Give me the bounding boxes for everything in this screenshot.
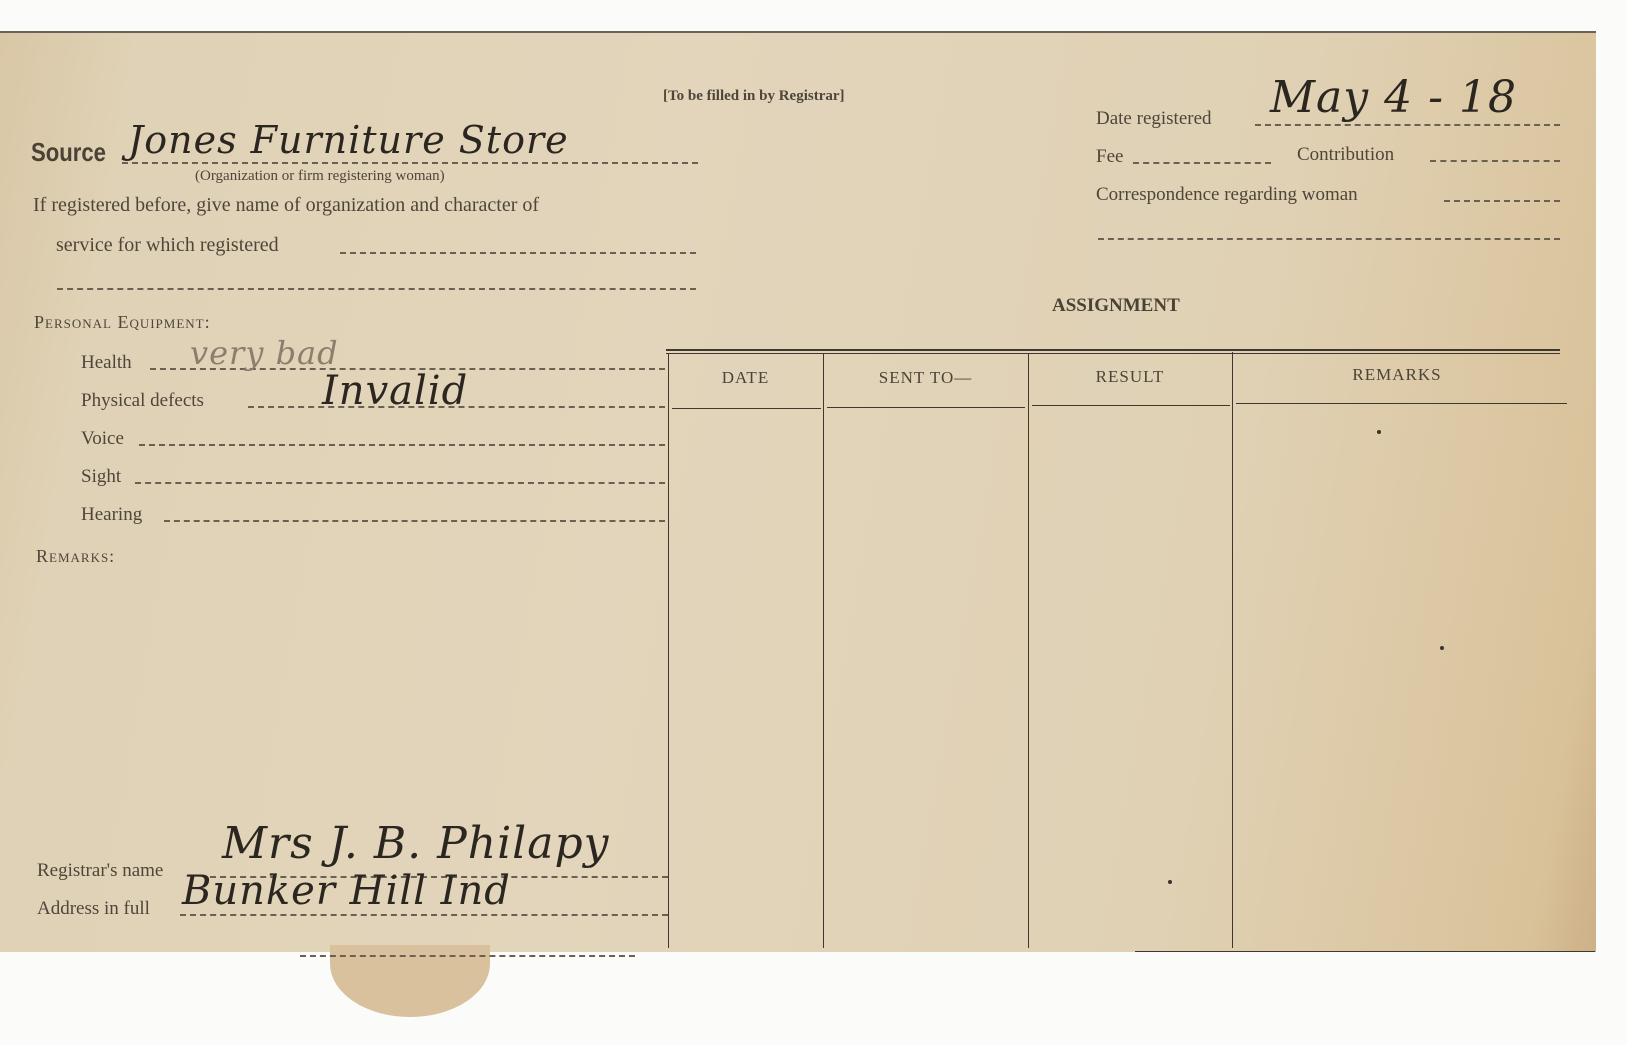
- prior-registration-line1: If registered before, give name of organ…: [33, 194, 539, 217]
- ink-speck: [1377, 430, 1381, 434]
- header-underline-remarks: [1236, 403, 1567, 404]
- table-top-rule-2: [666, 353, 1560, 354]
- ink-speck: [1168, 880, 1172, 884]
- voice-label: Voice: [81, 428, 124, 450]
- correspondence-label: Correspondence regarding woman: [1096, 184, 1358, 206]
- col-header-sent-to: SENT TO—: [823, 368, 1028, 388]
- hearing-line[interactable]: [164, 520, 665, 522]
- address-label: Address in full: [37, 898, 150, 920]
- correspondence-line[interactable]: [1444, 200, 1560, 202]
- ink-speck: [1440, 646, 1444, 650]
- registrar-name-label: Registrar's name: [37, 860, 163, 882]
- source-value[interactable]: Jones Furniture Store: [128, 118, 569, 162]
- fee-label: Fee: [1096, 146, 1123, 168]
- header-underline-result: [1032, 405, 1230, 406]
- source-caption: (Organization or firm registering woman): [195, 168, 445, 185]
- address-line: [180, 914, 668, 916]
- source-line: [122, 162, 698, 164]
- table-col-divider-0: [668, 354, 669, 948]
- table-col-divider-1: [823, 354, 824, 948]
- col-header-result: RESULT: [1028, 367, 1232, 387]
- health-label: Health: [81, 352, 132, 374]
- prior-registration-line[interactable]: [340, 252, 696, 254]
- contribution-label: Contribution: [1297, 144, 1394, 166]
- registrar-name-value[interactable]: Mrs J. B. Philapy: [222, 818, 610, 869]
- header-underline-date: [672, 408, 821, 409]
- prior-registration-line2: service for which registered: [56, 234, 279, 257]
- date-registered-value[interactable]: May 4 - 18: [1270, 72, 1517, 123]
- voice-line[interactable]: [139, 444, 665, 446]
- registrar-note: [To be filled in by Registrar]: [663, 88, 845, 105]
- col-header-remarks: REMARKS: [1232, 365, 1562, 385]
- sight-label: Sight: [81, 466, 121, 488]
- source-label: Source: [31, 137, 106, 168]
- sight-line[interactable]: [135, 482, 665, 484]
- table-top-rule: [666, 349, 1560, 351]
- fee-line[interactable]: [1133, 162, 1271, 164]
- header-underline-sent-to: [827, 407, 1025, 408]
- health-value[interactable]: very bad: [190, 334, 339, 372]
- physical-defects-value[interactable]: Invalid: [322, 368, 468, 414]
- date-registered-line: [1255, 124, 1560, 126]
- physical-defects-label: Physical defects: [81, 390, 204, 412]
- table-col-divider-3: [1232, 352, 1233, 948]
- date-registered-label: Date registered: [1096, 108, 1212, 130]
- address-value[interactable]: Bunker Hill Ind: [182, 868, 511, 914]
- personal-equipment-heading: Personal Equipment:: [34, 312, 211, 333]
- contribution-line[interactable]: [1430, 160, 1560, 162]
- assignment-title: ASSIGNMENT: [1052, 295, 1180, 317]
- correspondence-line-2[interactable]: [1098, 238, 1560, 240]
- tab-dashed-line: [300, 955, 635, 957]
- remarks-heading: Remarks:: [36, 546, 115, 567]
- col-header-date: DATE: [668, 368, 823, 388]
- table-bottom-rule: [1135, 951, 1595, 952]
- prior-registration-line-2[interactable]: [57, 288, 696, 290]
- table-col-divider-2: [1028, 354, 1029, 948]
- hearing-label: Hearing: [81, 504, 142, 526]
